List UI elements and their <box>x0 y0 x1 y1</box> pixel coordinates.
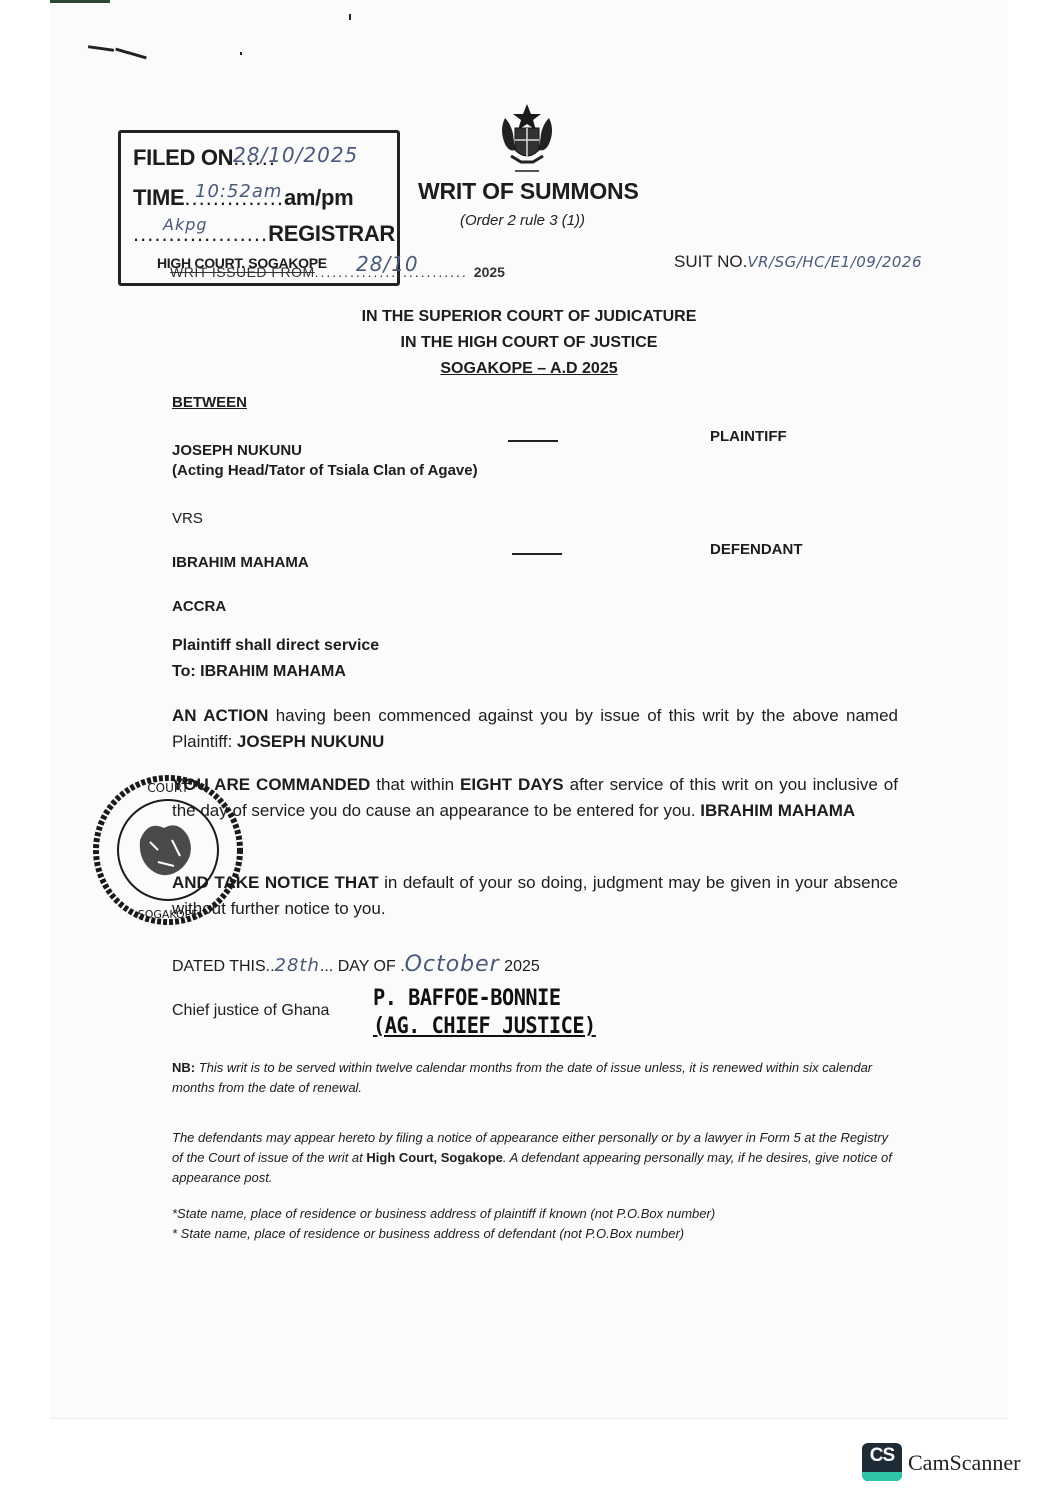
time-row: TIME..............am/pm10:52am <box>133 185 353 211</box>
court-line-2: IN THE HIGH COURT OF JUSTICE <box>0 334 1058 352</box>
footnote-plaintiff: *State name, place of residence or busin… <box>172 1204 892 1224</box>
defendant-name: IBRAHIM MAHAMA <box>172 554 309 571</box>
signature-title: (AG. CHIEF JUSTICE) <box>373 1014 596 1039</box>
action-paragraph: AN ACTION having been commenced against … <box>172 703 898 755</box>
defendant-address: ACCRA <box>172 598 226 615</box>
footnote-defendant: * State name, place of residence or busi… <box>172 1224 892 1244</box>
registrar-signature: Akpg <box>163 215 208 234</box>
document-subtitle: (Order 2 rule 3 (1)) <box>460 212 585 229</box>
defendant-role: DEFENDANT <box>710 541 803 558</box>
filed-on-row: FILED ON......28/10/2025 <box>133 145 276 171</box>
filed-on-value: 28/10/2025 <box>233 143 358 167</box>
issued-label: WRIT ISSUED FROM <box>170 264 315 280</box>
suit-label: SUIT NO. <box>674 252 747 271</box>
plaintiff-role: PLAINTIFF <box>710 428 787 445</box>
signature-name: P. BAFFOE-BONNIE <box>373 986 561 1011</box>
plaintiff-description: (Acting Head/Tator of Tsiala Clan of Aga… <box>172 462 478 479</box>
filed-on-label: FILED ON <box>133 145 233 170</box>
dated-year: 2025 <box>504 958 540 975</box>
action-bold: AN ACTION <box>172 706 268 725</box>
eight-days-bold: EIGHT DAYS <box>460 775 564 794</box>
writ-issued-row: WRIT ISSUED FROM........................… <box>170 264 505 280</box>
scan-mark <box>349 14 351 20</box>
registrar-label: REGISTRAR <box>268 221 395 246</box>
commanded-paragraph: YOU ARE COMMANDED that within EIGHT DAYS… <box>172 772 898 824</box>
camscanner-logo-band <box>862 1472 902 1481</box>
court-seal-icon: COURT SOGAKOPE <box>88 770 248 930</box>
svg-text:COURT: COURT <box>147 781 189 795</box>
issued-year: 2025 <box>474 264 505 280</box>
scan-mark <box>240 52 242 55</box>
court-line-3: SOGAKOPE – A.D 2025 <box>0 360 1058 378</box>
action-plaintiff: JOSEPH NUKUNU <box>237 732 384 751</box>
time-suffix: am/pm <box>284 185 353 210</box>
suit-value: VR/SG/HC/E1/09/2026 <box>747 253 922 271</box>
time-label: TIME <box>133 185 184 210</box>
plaintiff-name: JOSEPH NUKUNU <box>172 442 302 459</box>
svg-text:SOGAKOPE: SOGAKOPE <box>138 908 199 921</box>
coat-of-arms-icon <box>497 100 557 180</box>
service-line-2: To: IBRAHIM MAHAMA <box>172 663 346 681</box>
plaintiff-dash <box>508 440 558 442</box>
notice-paragraph: AND TAKE NOTICE THAT in default of your … <box>172 870 898 922</box>
nb-label: NB: <box>172 1060 195 1075</box>
issued-value: 28/10 <box>356 252 419 276</box>
suit-number-row: SUIT NO.VR/SG/HC/E1/09/2026 <box>674 252 922 272</box>
commanded-defendant: IBRAHIM MAHAMA <box>700 801 855 820</box>
service-line-1: Plaintiff shall direct service <box>172 637 379 655</box>
camscanner-logo-icon: CS <box>862 1443 902 1481</box>
dated-day: 28th <box>275 955 320 976</box>
appearance-court: High Court, Sogakope <box>366 1150 503 1165</box>
signature-label: Chief justice of Ghana <box>172 1002 329 1020</box>
camscanner-logo-text: CS <box>862 1445 902 1467</box>
court-line-1: IN THE SUPERIOR COURT OF JUDICATURE <box>0 308 1058 326</box>
nb-note: NB: This writ is to be served within twe… <box>172 1058 892 1098</box>
defendant-dash <box>512 553 562 555</box>
document-title: WRIT OF SUMMONS <box>418 178 639 205</box>
time-value: 10:52am <box>195 181 282 202</box>
versus-label: VRS <box>172 510 203 527</box>
registrar-row: ...................REGISTRARAkpg <box>133 221 395 247</box>
dated-row: DATED THIS..28th... DAY OF .October 2025 <box>172 952 540 977</box>
between-label: BETWEEN <box>172 394 247 411</box>
appearance-note: The defendants may appear hereto by fili… <box>172 1128 892 1188</box>
dated-middle: DAY OF <box>338 958 396 975</box>
nb-text: This writ is to be served within twelve … <box>172 1060 872 1095</box>
dated-prefix: DATED THIS <box>172 958 266 975</box>
camscanner-brand: CamScanner <box>908 1450 1020 1476</box>
commanded-text-1: that within <box>370 775 460 794</box>
dated-month: October <box>405 952 500 977</box>
scan-edge <box>50 0 110 3</box>
